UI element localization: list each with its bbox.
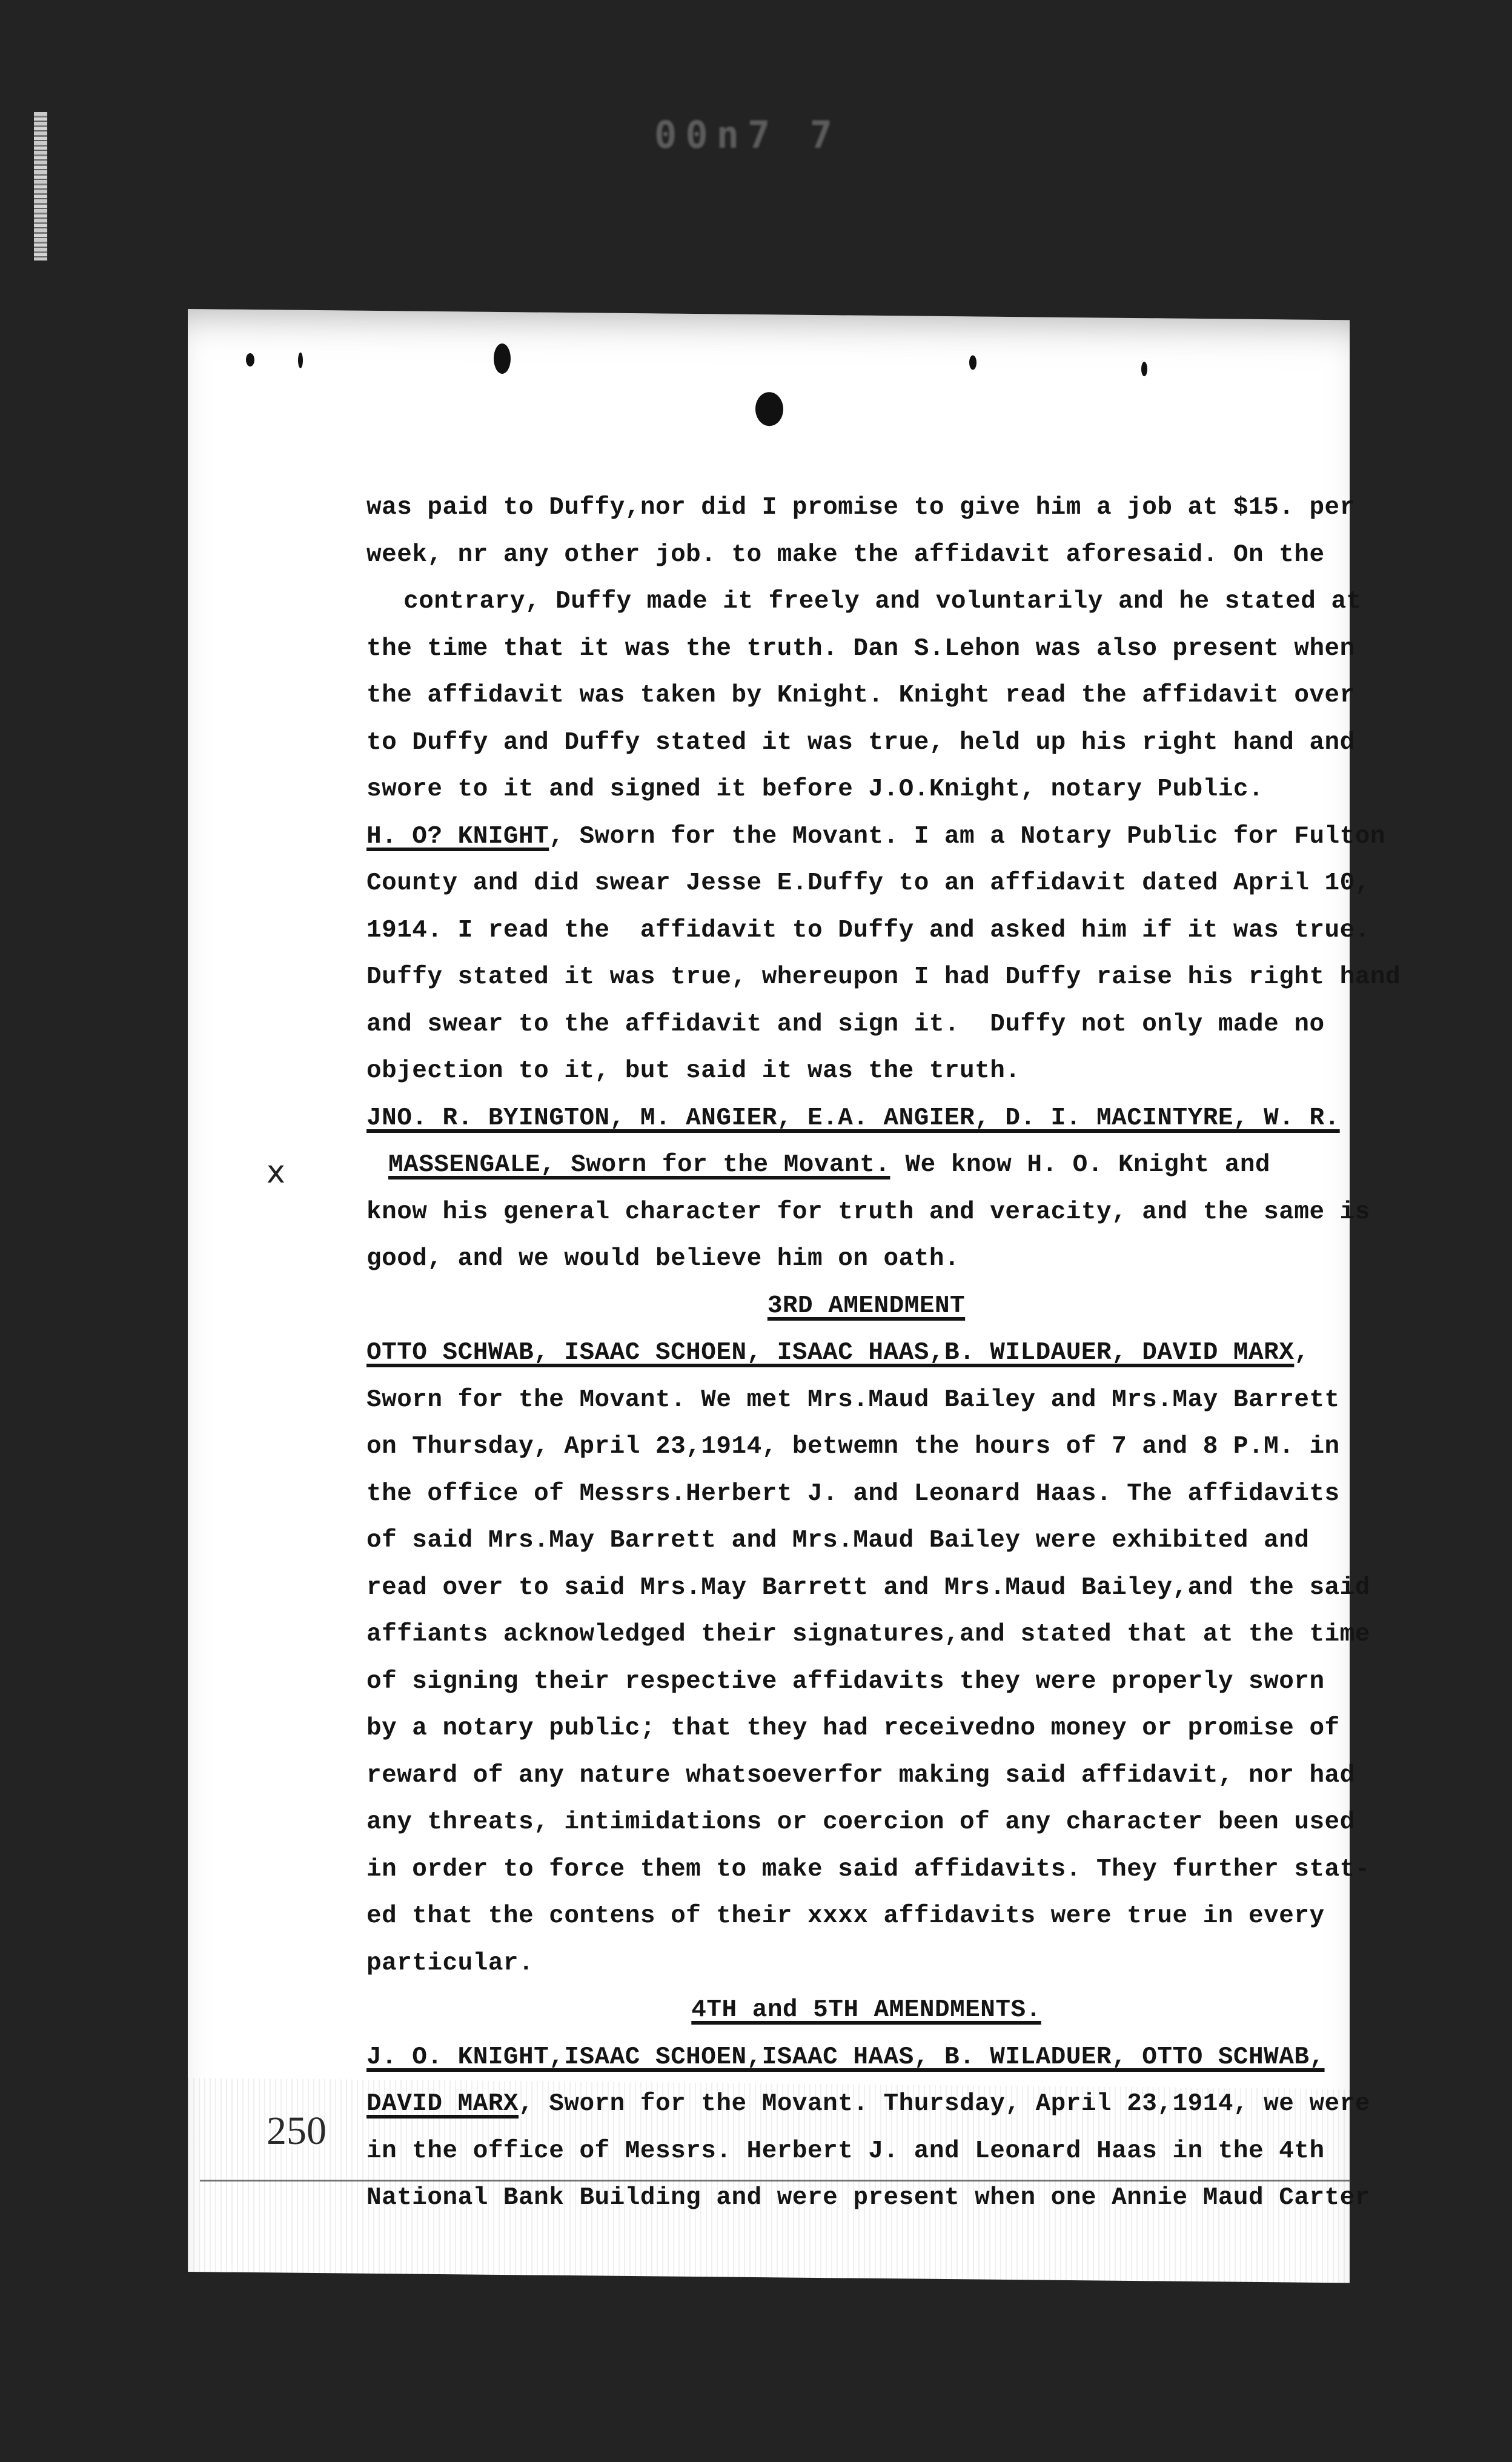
margin-x-mark: x	[267, 1154, 285, 1190]
text-line: National Bank Building and were present …	[366, 2175, 1366, 2222]
reel-code-label: 00n7 7	[654, 113, 841, 157]
text-line: good, and we would believe him on oath.	[366, 1236, 1366, 1283]
text-line: and swear to the affidavit and sign it. …	[366, 1001, 1366, 1049]
binding-hole-icon	[298, 353, 303, 368]
text-line: week, nr any other job. to make the affi…	[366, 532, 1366, 579]
deponent-names: OTTO SCHWAB, ISAAC SCHOEN, ISAAC HAAS,B.…	[366, 1339, 1294, 1367]
text-line: objection to it, but said it was the tru…	[366, 1048, 1366, 1095]
deponent-names: DAVID MARX	[366, 2090, 519, 2118]
binding-hole-icon	[246, 353, 254, 367]
binding-hole-icon	[494, 343, 511, 374]
text-line: contrary, Duffy made it freely and volun…	[366, 579, 1366, 626]
text-line: on Thursday, April 23,1914, betwemn the …	[366, 1424, 1366, 1471]
deponent-names: J. O. KNIGHT,ISAAC SCHOEN,ISAAC HAAS, B.…	[366, 2043, 1325, 2071]
text-line: particular.	[366, 1940, 1366, 1988]
text-line: reward of any nature whatsoeverfor makin…	[366, 1753, 1366, 1800]
binding-hole-icon	[1141, 362, 1147, 376]
text-line: the office of Messrs.Herbert J. and Leon…	[366, 1471, 1366, 1518]
text-line: the time that it was the truth. Dan S.Le…	[366, 626, 1366, 673]
text-line: of signing their respective affidavits t…	[366, 1659, 1366, 1706]
text-line: DAVID MARX, Sworn for the Movant. Thursd…	[366, 2081, 1366, 2128]
text-line: J. O. KNIGHT,ISAAC SCHOEN,ISAAC HAAS, B.…	[366, 2034, 1366, 2082]
text-line: in order to force them to make said affi…	[366, 1846, 1366, 1894]
text-line: was paid to Duffy,nor did I promise to g…	[366, 485, 1366, 532]
text-line: any threats, intimidations or coercion o…	[366, 1799, 1366, 1846]
text-line: 1914. I read the affidavit to Duffy and …	[366, 907, 1366, 955]
film-sprocket-edge	[34, 112, 47, 260]
text-line: affiants acknowledged their signatures,a…	[366, 1611, 1366, 1659]
text-line: to Duffy and Duffy stated it was true, h…	[366, 720, 1366, 767]
text-line: the affidavit was taken by Knight. Knigh…	[366, 672, 1366, 720]
punch-hole-icon	[755, 392, 783, 426]
deponent-name: H. O? KNIGHT	[366, 823, 549, 851]
text-line: OTTO SCHWAB, ISAAC SCHOEN, ISAAC HAAS,B.…	[366, 1330, 1366, 1377]
deponent-names: MASSENGALE, Sworn for the Movant.	[388, 1151, 890, 1179]
page-number: 250	[267, 2108, 327, 2154]
text-line: swore to it and signed it before J.O.Kni…	[366, 766, 1366, 814]
text-line: know his general character for truth and…	[366, 1189, 1366, 1236]
deponent-names: JNO. R. BYINGTON, M. ANGIER, E.A. ANGIER…	[366, 1104, 1340, 1132]
text-line: by a notary public; that they had receiv…	[366, 1705, 1366, 1753]
text-line: H. O? KNIGHT, Sworn for the Movant. I am…	[366, 814, 1366, 861]
text-line: of said Mrs.May Barrett and Mrs.Maud Bai…	[366, 1518, 1366, 1565]
text-line: in the office of Messrs. Herbert J. and …	[366, 2128, 1366, 2175]
text-line: MASSENGALE, Sworn for the Movant. We kno…	[366, 1142, 1366, 1189]
section-heading: 4TH and 5TH AMENDMENTS.	[366, 1987, 1366, 2034]
text-line: JNO. R. BYINGTON, M. ANGIER, E.A. ANGIER…	[366, 1095, 1366, 1143]
text-line: County and did swear Jesse E.Duffy to an…	[366, 860, 1366, 907]
text-line: Sworn for the Movant. We met Mrs.Maud Ba…	[366, 1377, 1366, 1424]
affidavit-text: was paid to Duffy,nor did I promise to g…	[366, 485, 1366, 2222]
text-line: read over to said Mrs.May Barrett and Mr…	[366, 1565, 1366, 1612]
binding-hole-icon	[969, 355, 976, 370]
section-heading: 3RD AMENDMENT	[366, 1283, 1366, 1330]
text-line: Duffy stated it was true, whereupon I ha…	[366, 954, 1366, 1001]
text-line: ed that the contens of their xxxx affida…	[366, 1893, 1366, 1940]
